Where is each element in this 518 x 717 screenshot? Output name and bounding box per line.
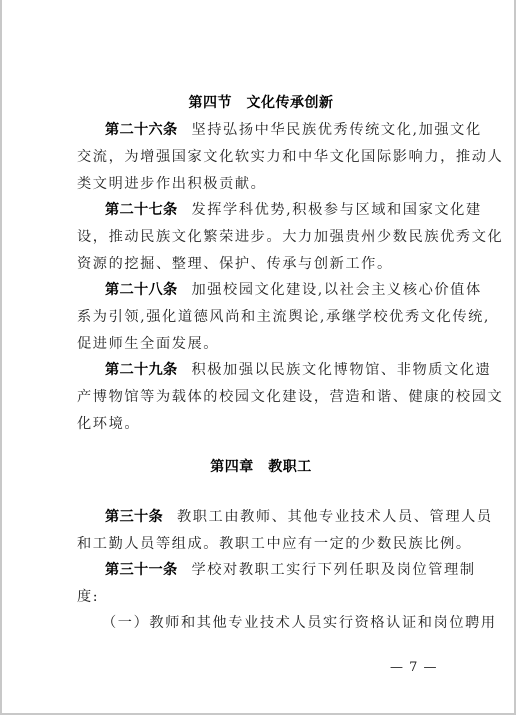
document-page: 第四节 文化传承创新 第二十六条坚持弘扬中华民族优秀传统文化,加强文化 交流，为… bbox=[0, 0, 516, 715]
article-label: 第二十七条 bbox=[105, 202, 177, 218]
article-26-line-3: 类文明进步作出积极贡献。 bbox=[77, 175, 447, 193]
article-27-line-1: 第二十七条发挥学科优势,积极参与区域和国家文化建 bbox=[105, 201, 447, 219]
article-26-line-2: 交流，为增强国家文化软实力和中华文化国际影响力，推动人 bbox=[77, 148, 447, 166]
page-number: — 7 — bbox=[390, 660, 438, 675]
article-26-line-1: 第二十六条坚持弘扬中华民族优秀传统文化,加强文化 bbox=[105, 121, 447, 139]
clause-1: （一）教师和其他专业技术人员实行资格认证和岗位聘用 bbox=[102, 614, 444, 632]
article-text: 坚持弘扬中华民族优秀传统文化,加强文化 bbox=[191, 122, 481, 138]
article-text: 学校对教职工实行下列任职及岗位管理制 bbox=[191, 562, 475, 578]
article-label: 第二十八条 bbox=[105, 282, 177, 298]
article-29-line-1: 第二十九条积极加强以民族文化博物馆、非物质文化遗 bbox=[105, 361, 447, 379]
article-27-line-3: 资源的挖掘、整理、保护、传承与创新工作。 bbox=[77, 255, 447, 273]
article-27-line-2: 设，推动民族文化繁荣进步。大力加强贵州少数民族优秀文化 bbox=[77, 228, 447, 246]
chapter-heading: 第四章 教职工 bbox=[2, 456, 518, 476]
article-29-line-2: 产博物馆等为载体的校园文化建设，营造和谐、健康的校园文 bbox=[77, 388, 447, 406]
article-30-line-2: 和工勤人员等组成。教职工中应有一定的少数民族比例。 bbox=[77, 535, 447, 553]
article-text: 加强校园文化建设,以社会主义核心价值体 bbox=[191, 282, 481, 298]
article-28-line-1: 第二十八条加强校园文化建设,以社会主义核心价值体 bbox=[105, 281, 447, 299]
article-29-line-3: 化环境。 bbox=[77, 415, 447, 433]
article-30-line-1: 第三十条教职工由教师、其他专业技术人员、管理人员 bbox=[105, 508, 447, 526]
article-label: 第三十一条 bbox=[105, 562, 177, 578]
article-label: 第三十条 bbox=[105, 509, 163, 525]
article-label: 第二十六条 bbox=[105, 122, 177, 138]
section-heading: 第四节 文化传承创新 bbox=[2, 92, 518, 112]
article-31-line-1: 第三十一条学校对教职工实行下列任职及岗位管理制 bbox=[105, 561, 447, 579]
article-28-line-3: 促进师生全面发展。 bbox=[77, 335, 447, 353]
article-28-line-2: 系为引领,强化道德风尚和主流舆论,承继学校优秀文化传统, bbox=[77, 308, 447, 326]
article-31-line-2: 度: bbox=[77, 588, 447, 606]
article-label: 第二十九条 bbox=[105, 362, 177, 378]
article-text: 教职工由教师、其他专业技术人员、管理人员 bbox=[177, 509, 493, 525]
article-text: 积极加强以民族文化博物馆、非物质文化遗 bbox=[191, 362, 491, 378]
article-text: 发挥学科优势,积极参与区域和国家文化建 bbox=[191, 202, 481, 218]
